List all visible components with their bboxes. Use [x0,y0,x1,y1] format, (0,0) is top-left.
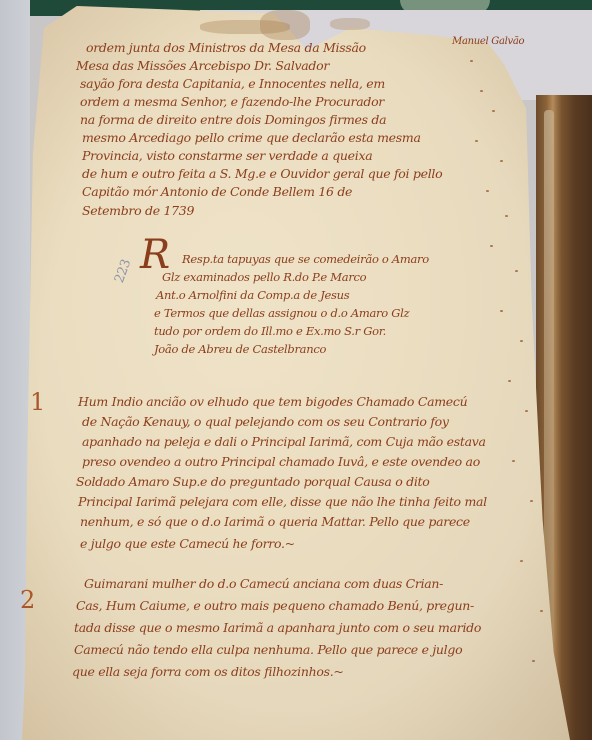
text-line: de Nação Kenauy, o qual pelejando com os… [82,414,449,429]
text-line: Capitão mór Antonio de Conde Bellem 16 d… [82,184,352,199]
speck [520,340,523,342]
header-note: Manuel Galvão [452,36,524,47]
speck [520,560,523,562]
speck [512,460,515,462]
speck [500,310,503,312]
speck [490,245,493,247]
speck [480,90,483,92]
speck [475,140,478,142]
stain [260,10,310,40]
stain [330,18,370,30]
text-line: João de Abreu de Castelbranco [154,342,326,356]
text-line: Mesa das Missões Arcebispo Dr. Salvador [76,58,329,73]
text-line: ordem a mesma Senhor, e fazendo-lhe Proc… [80,94,384,109]
speck [505,215,508,217]
text-line: Ant.o Arnolfini da Comp.a de Jesus [156,288,349,302]
entry-number: 2 [20,586,35,614]
text-line: na forma de direito entre dois Domingos … [80,112,386,127]
text-line: Cas, Hum Caiume, e outro mais pequeno ch… [76,598,474,613]
text-line: Guimarani mulher do d.o Camecú anciana c… [84,576,443,591]
text-line: nenhum, e só que o d.o Iarimã o queria M… [80,514,470,529]
text-line: Provincia, visto constarme ser verdade a… [82,148,372,163]
speck [532,660,535,662]
text-line: apanhado na peleja e dali o Principal Ia… [82,434,486,449]
text-line: Principal Iarimã pelejara com elle, diss… [78,494,487,509]
text-line: Setembro de 1739 [82,203,194,218]
text-line: Soldado Amaro Sup.e do preguntado porqua… [76,474,430,489]
entry-number: 1 [30,388,45,416]
text-line: ordem junta dos Ministros da Mesa da Mis… [86,40,366,55]
speck [515,270,518,272]
text-line: tudo por ordem do Ill.mo e Ex.mo S.r Gor… [154,324,386,338]
text-line: Glz examinados pello R.do P.e Marco [162,270,366,284]
text-line: mesmo Arcediago pello crime que declarão… [82,130,421,145]
text-line: sayão fora desta Capitania, e Innocentes… [80,76,385,91]
speck [530,500,533,502]
text-line: tada disse que o mesmo Iarimã a apanhara… [74,620,481,635]
speck [500,160,503,162]
text-line: e Termos que dellas assignou o d.o Amaro… [154,306,409,320]
speck [540,610,543,612]
text-line: de hum e outro feita a S. Mg.e e Ouvidor… [82,166,442,181]
text-line: e julgo que este Camecú he forro.~ [80,536,295,551]
speck [486,190,489,192]
text-line: Hum Indio ancião ov elhudo que tem bigod… [78,394,467,409]
text-line: Resp.ta tapuyas que se comedeirão o Amar… [182,252,429,266]
speck [470,60,473,62]
speck [492,110,495,112]
text-line: preso ovendeo a outro Principal chamado … [82,454,480,469]
text-line: Camecú não tendo ella culpa nenhuma. Pel… [74,642,462,657]
speck [525,410,528,412]
speck [508,380,511,382]
text-line: que ella seja forra com os ditos filhozi… [72,664,344,679]
